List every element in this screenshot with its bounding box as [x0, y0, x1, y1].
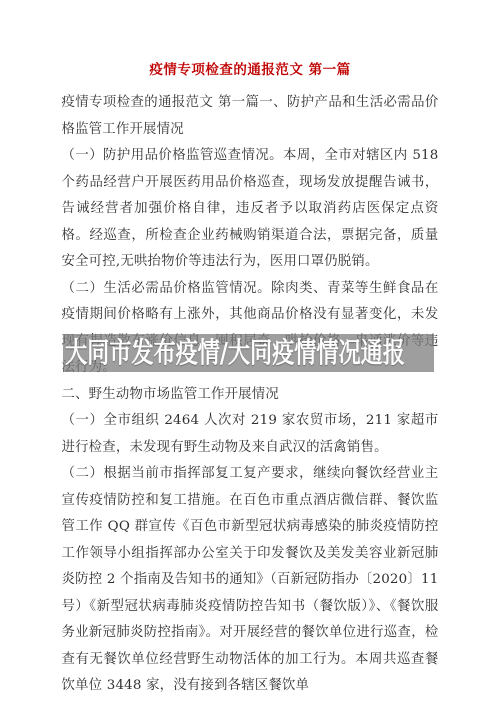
paragraph-catering-supervision: （二）根据当前市指挥部复工复产要求，继续向餐饮经营业主宣传疫情防控和复工措施。在…: [62, 461, 439, 700]
paragraph-market-checks: （一）全市组织 2464 人次对 219 家农贸市场，211 家超市进行检查，未…: [62, 408, 439, 461]
document-body: 疫情专项检查的通报范文 第一篇一、防护产品和生活必需品价格监管工作开展情况 （一…: [62, 90, 439, 700]
paragraph-wildlife-heading: 二、野生动物市场监管工作开展情况: [62, 382, 439, 409]
document-title: 疫情专项检查的通报范文 第一篇: [0, 0, 500, 79]
document-page: 疫情专项检查的通报范文 第一篇 疫情专项检查的通报范文 第一篇一、防护产品和生活…: [0, 0, 500, 706]
headline-overlay-band: 大同市发布疫情/大同疫情情况通报: [63, 334, 434, 372]
paragraph-price-inspection: （一）防护用品价格监管巡查情况。本周，全市对辖区内 518 个药品经营户开展医药…: [62, 143, 439, 276]
overlay-headline-text: 大同市发布疫情/大同疫情情况通报: [65, 339, 405, 367]
paragraph-intro: 疫情专项检查的通报范文 第一篇一、防护产品和生活必需品价格监管工作开展情况: [62, 90, 439, 143]
